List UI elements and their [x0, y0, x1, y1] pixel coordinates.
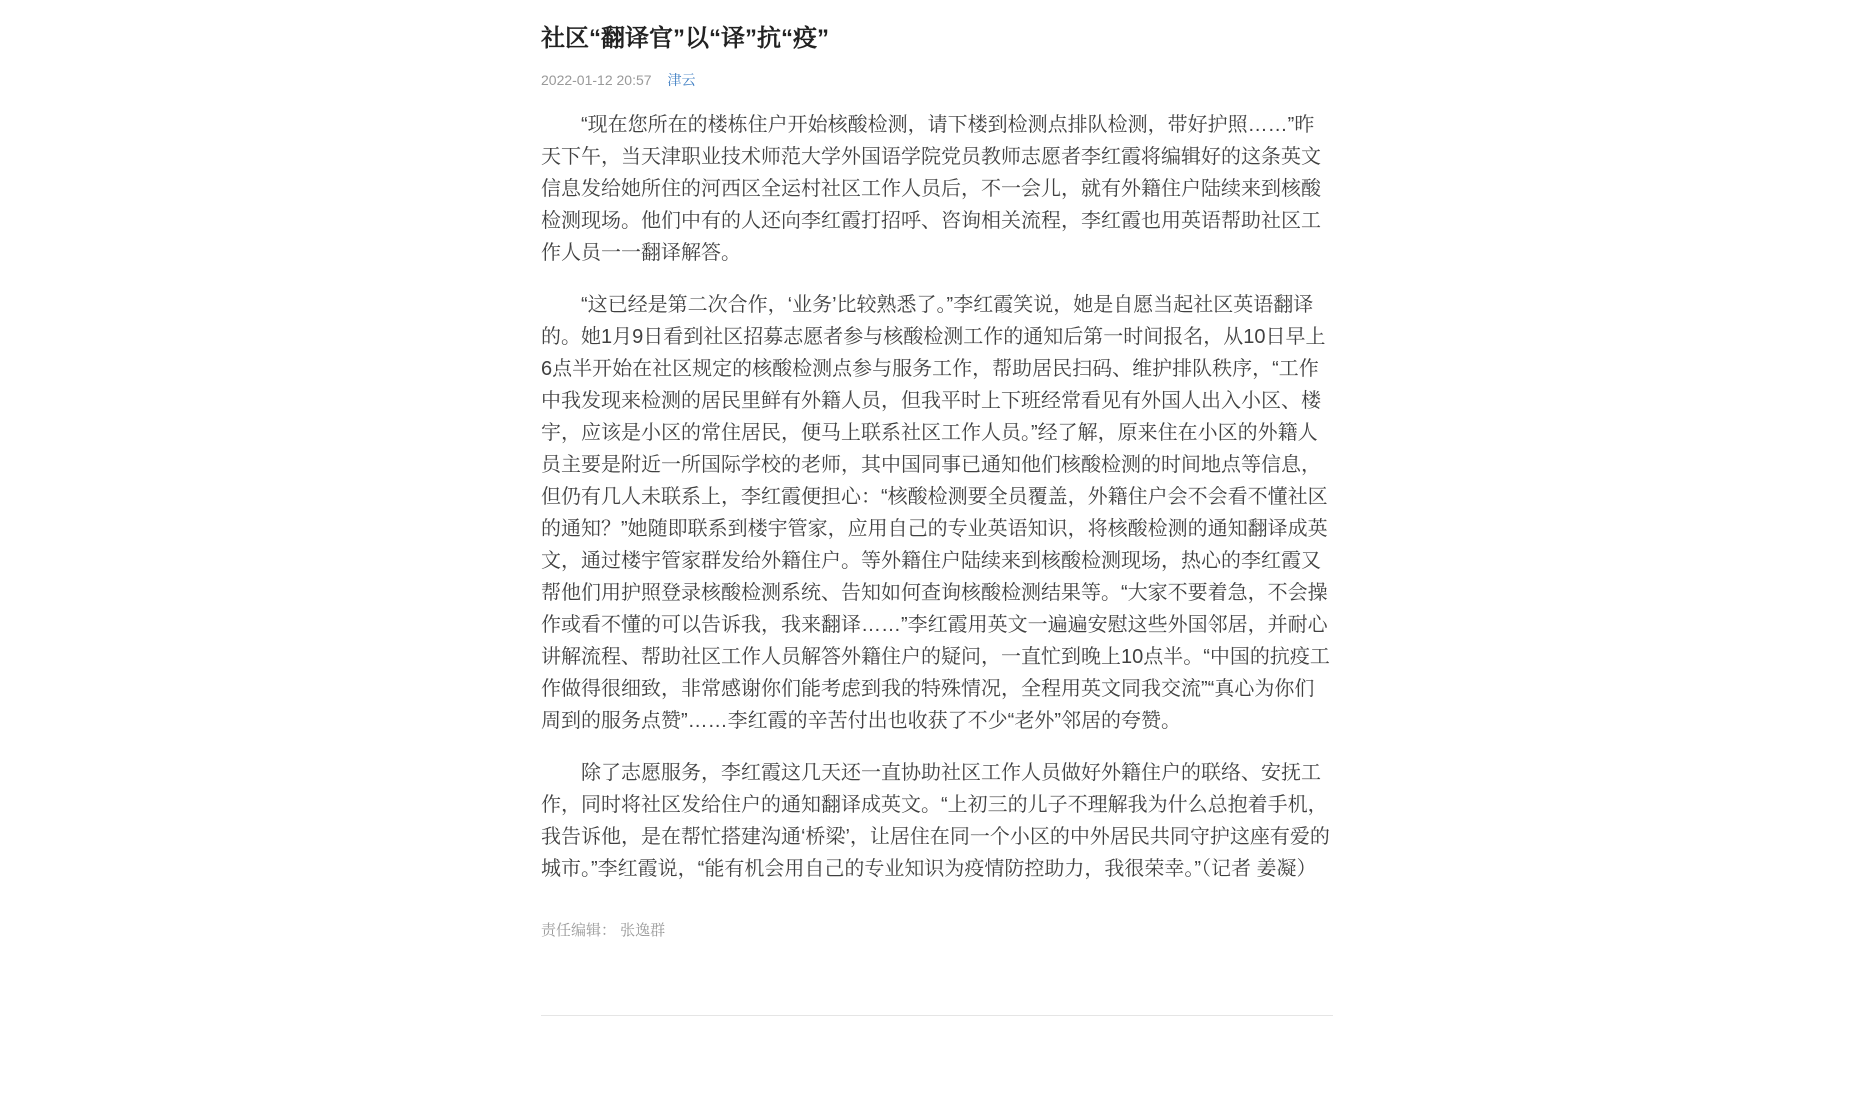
footer-divider: [541, 1015, 1333, 1016]
editor-credit: 责任编辑： 张逸群: [541, 921, 1333, 941]
article-title: 社区“翻译官”以“译”抗“疫”: [541, 24, 1333, 54]
article-paragraph: “这已经是第二次合作，‘业务’比较熟悉了。”李红霞笑说，她是自愿当起社区英语翻译…: [541, 289, 1333, 737]
article-paragraph: 除了志愿服务，李红霞这几天还一直协助社区工作人员做好外籍住户的联络、安抚工作，同…: [541, 757, 1333, 885]
source-link[interactable]: 津云: [668, 72, 696, 88]
article-page: 社区“翻译官”以“译”抗“疫” 2022-01-12 20:57津云 “现在您所…: [0, 0, 1874, 1106]
article-paragraph: “现在您所在的楼栋住户开始核酸检测，请下楼到检测点排队检测，带好护照……”昨天下…: [541, 109, 1333, 269]
publish-date: 2022-01-12 20:57: [541, 72, 652, 88]
article-container: 社区“翻译官”以“译”抗“疫” 2022-01-12 20:57津云 “现在您所…: [541, 0, 1333, 1016]
article-body: “现在您所在的楼栋住户开始核酸检测，请下楼到检测点排队检测，带好护照……”昨天下…: [541, 109, 1333, 885]
article-meta: 2022-01-12 20:57津云: [541, 71, 1333, 89]
